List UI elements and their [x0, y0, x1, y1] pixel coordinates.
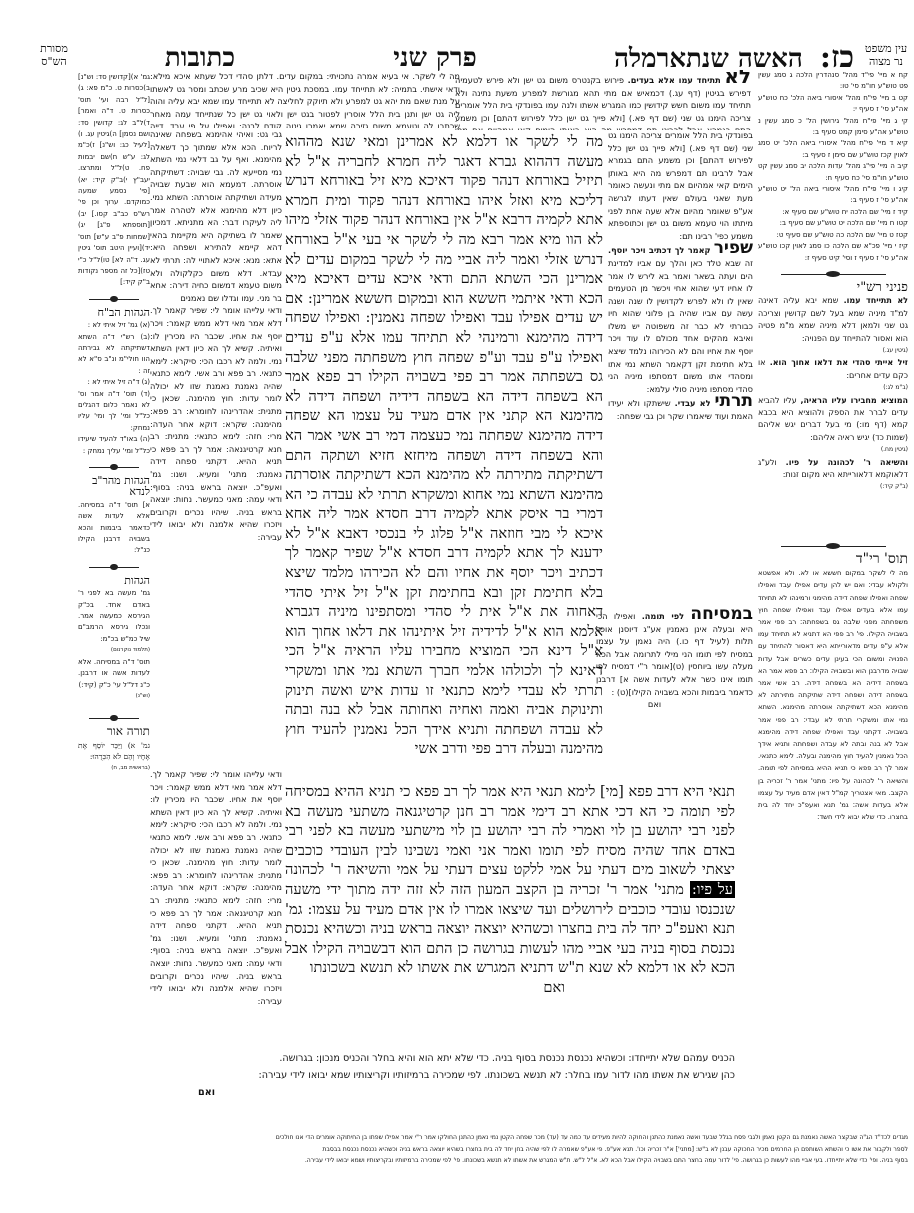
- torah-or-text: גמ' א) וַיַּכֵּר יוֹסֵף אֶת אֶחָיו וְהֵם…: [78, 740, 150, 763]
- ein-mishpat-label-line2: נר מצוה: [858, 55, 914, 68]
- rashi-column: גבי גט: ואיהי אהימנא בשפחה שאינה לריוח. …: [150, 128, 282, 768]
- pnei-rashi-heading: זיל אייתי סהדי את דלאו אחוך הוא.: [770, 358, 908, 367]
- pnei-rashi-ref: (גיטין עג.): [758, 345, 908, 357]
- rashi-column-lower: ודאי עלייהו אומר לי: שפיר קאמר לך. דלא א…: [150, 768, 282, 1038]
- tosafot-paragraph: לא תתיחד עמו אלא בעדים. פירוש בקנטרס משו…: [455, 70, 751, 130]
- ein-mishpat-entry: קיא ד מיי' פי"ח מהל' איסורי ביאה הלכ' יט…: [758, 138, 908, 161]
- tosafot-tail: ואם: [596, 698, 753, 711]
- ein-mishpat-entry: קיד ז מיי' שם הלכה יח טוש"ע שם סעיף א:: [758, 207, 908, 218]
- rashi-text: ודאי עלייהו אומר לי: שפיר קאמר לך. דלא א…: [150, 768, 282, 1007]
- tosafot-top-block: לא תתיחד עמו אלא בעדים. פירוש בקנטרס משו…: [455, 70, 751, 130]
- footnote-line: לספר ולקבור את אשו כי והשתא השותפם הן הח…: [80, 1144, 908, 1156]
- rashi-top-block: מה לי לשקר. אי בעיא אמרה נתכויתי: במקום …: [150, 70, 460, 128]
- tosafot-paragraph: לא פירוש בקנטרס משום גט ישן ולא פירש לטע…: [608, 128, 753, 242]
- hagahot-bach-entry: (ד) תוס' ד"ה אמר וס' לא נאמר כלום דהגלים…: [78, 389, 150, 435]
- hagahot-bach-entry: (ב) רש"י ד"ה השתא דשתיקתה לא גבירתה הוו …: [78, 332, 150, 378]
- pnei-rashi-ref: (ב"מ לג:): [758, 382, 908, 394]
- rashi-text: גבי גט: ואיהי אהימנא בשפחה שאינה לריוח. …: [150, 128, 282, 304]
- hagahot-note: (תלמוד נוקרנום): [78, 645, 150, 656]
- ornament-divider: [781, 542, 886, 550]
- tosafot-column-lower: במסיחה לפי תומה. ואפילו הכי היא ובעלה אי…: [596, 608, 753, 768]
- gemara-text: תנאי היא דרב פפא [מי] לימא תנאי היא אמר …: [285, 782, 735, 978]
- footnotes-block: מגדים לכד"ד הג"ה שבקצר האשה נאמנת גם הקט…: [80, 1132, 908, 1167]
- tosafot-paragraph: שפיר קאמר לך דכתיב ויכר יוסף. זה שבא טלד…: [608, 242, 753, 395]
- pnei-rashi-entry: המוציא מחבירו עליו הראיה, עליו להביא עדי…: [758, 395, 908, 445]
- ein-mishpat-entry: קט ב מיי' פי"ח מהל' איסורי ביאה הלכ' כח …: [758, 93, 908, 116]
- pnei-rashi-entry: זיל אייתי סהדי את דלאו אחוך הוא. או כקם …: [758, 357, 908, 382]
- ornament-divider: [781, 270, 886, 278]
- gemara-text-before-highlight: תנאי היא דרב פפא [מי] לימא תנאי היא אמר …: [285, 783, 735, 878]
- tosafot-heading: לא עבדי.: [675, 398, 711, 408]
- hagahot-maharav-subtitle: לנדא: [78, 486, 150, 497]
- tosafot-column: לא פירוש בקנטרס משום גט ישן ולא פירש לטע…: [608, 128, 753, 608]
- ein-mishpat-label: עין משפט נר מצוה: [858, 42, 914, 68]
- ein-mishpat-entry: קיז י מיי' פכ"א שם הלכה כו סמג לאוין קכו…: [758, 241, 908, 264]
- ornament-divider: [89, 295, 139, 303]
- ornament-divider: [89, 463, 139, 471]
- hagahot-bach-title: הגהות הב"ח: [78, 307, 150, 318]
- ein-mishpat-label-line1: עין משפט: [858, 42, 914, 55]
- pnei-rashi-heading: לא תתייחד עמו.: [844, 296, 908, 305]
- tosafot-text: זה שבא טלד כאן והלך עם אביו למדינת הים ו…: [608, 258, 753, 394]
- pnei-rashi-ref: (גיטין מח.): [758, 444, 908, 456]
- gemara-upper-column: מה לי לשקר או דלמא לא אמרינן ומאי שנא מה…: [285, 132, 603, 782]
- hagahot-title: הגהות: [78, 575, 150, 586]
- rashi-text: ודאי עלייהו אומר לי: שפיר קאמר לך. דלא א…: [150, 304, 282, 543]
- ein-mishpat-entry: קטז ט מיי' שם הלכה כה טוש"ע שם סעיף ט:: [758, 230, 908, 241]
- hagahot-maharav-text: א] תוס' ד"ה במסיחה. אלא לעדות אשה כדאמר …: [78, 500, 150, 557]
- hagahot-text: תוס' ד"ה במסיחה. אלא לעדות אשה או דרבנן.…: [78, 657, 150, 691]
- tosafot-dibbur-hamatchil: תרתי: [715, 391, 753, 411]
- gemara-text: מה לי לשקר או דלמא לא אמרינן ומאי שנא מה…: [285, 132, 603, 759]
- ein-mishpat-entry: קיג ו מיי' פי"ח מהל' איסורי ביאה הל' יט …: [758, 184, 908, 207]
- masoret-label-line1: מסורת: [0, 42, 108, 55]
- tosafot-heading: לפי תומה.: [642, 611, 684, 621]
- ein-mishpat-list: קח א מיי' פי"ד מהל' סנהדרין הלכה ג סמג ע…: [758, 70, 908, 264]
- tosafot-text: פירוש בקנטרס משום גט ישן ולא פירש לטעמיה…: [608, 128, 753, 241]
- tosafot-text: ואפילו הכי היא ובעלה אינן נאמנין אע"ג די…: [596, 611, 753, 697]
- footnote-line: מגדים לכד"ד הג"ה שבקצר האשה נאמנת גם הקט…: [80, 1132, 908, 1144]
- rashi-bottom-line: כהן שגירש את אשתו מהו לדור עמו בחלר: לא …: [160, 1067, 735, 1084]
- ein-mishpat-entry: קי ג מיי' פי"ח מהל' גירושין הל' כ סמג עש…: [758, 116, 908, 139]
- tosafot-rid-text: מה לי לשקר במקום חששא או לא. ולא אפשטא ו…: [758, 567, 908, 823]
- pnei-rashi-list: לא תתייחד עמו. שמא יבא עליה דאינה למ"ד מ…: [758, 295, 908, 494]
- tosafot-heading: תתיחד עמו אלא בעדים.: [628, 75, 721, 85]
- pnei-rashi-entry: והשיאה ר' לכהונה על פיו. ולע"ג דלאוקמא ד…: [758, 457, 908, 482]
- pnei-rashi-entry: לא תתייחד עמו. שמא יבא עליה דאינה למ"ד מ…: [758, 295, 908, 345]
- right-margin-column: קח א מיי' פי"ד מהל' סנהדרין הלכה ג סמג ע…: [758, 70, 908, 823]
- rashi-bottom-tail: ואם: [160, 1084, 735, 1101]
- hagahot-note: (וש"נ): [78, 691, 150, 702]
- tosafot-paragraph: במסיחה לפי תומה. ואפילו הכי היא ובעלה אי…: [596, 608, 753, 698]
- rashi-bottom-block: הכניס עמהם שלא יתייחדו: וכשהיא נכנסת נכנ…: [160, 1050, 735, 1101]
- masoret-label-line2: הש"ס: [0, 55, 108, 68]
- pnei-rashi-heading: והשיאה ר' לכהונה על פיו.: [786, 458, 908, 467]
- torah-or-reference: (בראשית מב, ח): [78, 763, 150, 774]
- pnei-rashi-ref: (ב"ק קיד:): [758, 481, 908, 493]
- masoret-hashas-text: גמ' א)[קדושין סד: וש"נ] ב)כסרות ט. כ"מ פ…: [78, 72, 150, 289]
- left-margin-column: גמ' א)[קדושין סד: וש"נ] ב)כסרות ט. כ"מ פ…: [78, 72, 150, 774]
- gemara-lower-block: תנאי היא דרב פפא [מי] לימא תנאי היא אמר …: [285, 782, 735, 998]
- ein-mishpat-entry: קח א מיי' פי"ד מהל' סנהדרין הלכה ג סמג ע…: [758, 70, 908, 93]
- tosafot-dibbur-hamatchil: לא: [724, 70, 751, 88]
- gemara-text-after-highlight: מתני' אמר ר' זכריה בן הקצב המעון הזה לא …: [285, 881, 735, 976]
- highlighted-phrase[interactable]: על פיו:: [690, 881, 735, 898]
- ornament-divider: [89, 714, 139, 722]
- ein-mishpat-entry: קיב ה מיי' פי"ג מהל' עדות הלכה יב סמג עש…: [758, 161, 908, 184]
- hagahot-bach-entry: (ג) ד"ה זיל איתי לא :: [78, 377, 150, 388]
- tosafot-heading: קאמר לך דכתיב ויכר יוסף.: [608, 245, 711, 255]
- hagahot-bach-entry: (א) גמ' זיל איתי לא :: [78, 320, 150, 331]
- torah-or-title: תורה אור: [78, 726, 150, 737]
- ein-mishpat-entry: קטו ח מיי' שם הלכה יט טוש"ע שם סעיף ב:: [758, 218, 908, 229]
- hagahot-bach-entry: (ה) באו"ד להעיד שיעידו כל"ל ומי' עליך נמ…: [78, 434, 150, 457]
- tosafot-paragraph: תרתי לא עבדי. שישתקו ולא יעידו האמת ועוד…: [608, 395, 753, 422]
- rashi-bottom-line: הכניס עמהם שלא יתייחדו: וכשהיא נכנסת נכנ…: [160, 1050, 735, 1067]
- tosafot-dibbur-hamatchil: במסיחה: [690, 608, 753, 624]
- ornament-divider: [89, 563, 139, 571]
- pnei-rashi-heading: המוציא מחבירו עליו הראיה,: [800, 396, 908, 405]
- footnote-line: בסוף בניה. ופי' כדי שלא יתייחדו. בעי אבי…: [80, 1155, 908, 1167]
- hagahot-text: גמ' מעשה בא לפני ר' באדם אחד. בכ"ק הגירס…: [78, 588, 150, 645]
- tosafot-dibbur-hamatchil: שפיר: [714, 238, 753, 258]
- rashi-text: מה לי לשקר. אי בעיא אמרה נתכויתי: במקום …: [150, 70, 460, 128]
- masoret-hashas-label: מסורת הש"ס: [0, 42, 108, 68]
- pnei-rashi-title: פניני רש"י: [758, 282, 908, 293]
- gemara-tail: ואם: [285, 978, 735, 998]
- tosafot-rid-title: תוס' רי"ד: [758, 554, 908, 565]
